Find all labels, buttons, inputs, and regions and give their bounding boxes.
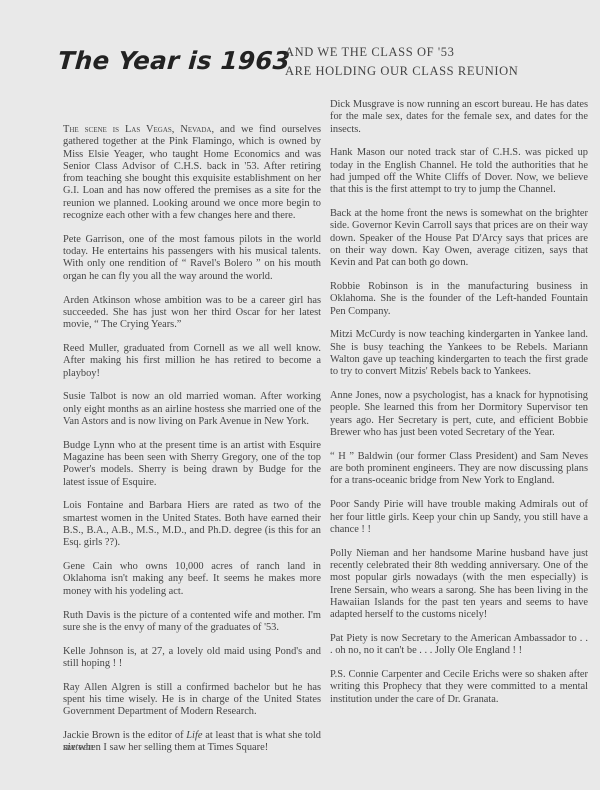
subtitle-line-2: ARE HOLDING OUR CLASS REUNION xyxy=(285,62,518,81)
paragraph: Hank Mason our noted track star of C.H.S… xyxy=(330,147,588,196)
paragraph: Back at the home front the news is somew… xyxy=(330,208,588,269)
paragraph-jackie-brown: Jackie Brown is the editor of Life at le… xyxy=(63,730,321,755)
paragraph: Budge Lynn who at the present time is an… xyxy=(63,440,321,489)
page-header: The Year is 1963 AND WE THE CLASS OF '53… xyxy=(58,46,598,86)
paragraph: Poor Sandy Pirie will have trouble makin… xyxy=(330,499,588,536)
page-title: The Year is 1963 xyxy=(57,46,291,75)
paragraph: Susie Talbot is now an old married woman… xyxy=(63,391,321,428)
page-number: sixteen xyxy=(63,741,94,753)
paragraph: Arden Atkinson whose ambition was to be … xyxy=(63,295,321,332)
paragraph: Gene Cain who owns 10,000 acres of ranch… xyxy=(63,561,321,598)
paragraph: Kelle Johnson is, at 27, a lovely old ma… xyxy=(63,646,321,671)
postscript: P.S. Connie Carpenter and Cecile Erichs … xyxy=(330,669,588,706)
paragraph: Pete Garrison, one of the most famous pi… xyxy=(63,234,321,283)
left-column: The scene is Las Vegas, Nevada, and we f… xyxy=(63,124,321,766)
intro-lead: The scene is Las Vegas, Nevada, xyxy=(63,124,214,135)
paragraph: Anne Jones, now a psychologist, has a kn… xyxy=(330,390,588,439)
paragraph: Ruth Davis is the picture of a contented… xyxy=(63,610,321,635)
paragraph: Mitzi McCurdy is now teaching kindergart… xyxy=(330,329,588,378)
paragraph: Polly Nieman and her handsome Marine hus… xyxy=(330,548,588,622)
paragraph: “ H ” Baldwin (our former Class Presiden… xyxy=(330,451,588,488)
paragraph: Pat Piety is now Secretary to the Americ… xyxy=(330,633,588,658)
paragraph: Lois Fontaine and Barbara Hiers are rate… xyxy=(63,500,321,549)
paragraph: Robbie Robinson is in the manufacturing … xyxy=(330,281,588,318)
page-subtitle: AND WE THE CLASS OF '53 ARE HOLDING OUR … xyxy=(285,43,518,81)
intro-paragraph: The scene is Las Vegas, Nevada, and we f… xyxy=(63,124,321,222)
paragraph: Ray Allen Algren is still a confirmed ba… xyxy=(63,682,321,719)
paragraph: Dick Musgrave is now running an escort b… xyxy=(330,99,588,136)
intro-text: and we find ourselves gathered together … xyxy=(63,124,321,221)
right-column: Dick Musgrave is now running an escort b… xyxy=(330,99,588,717)
subtitle-line-1: AND WE THE CLASS OF '53 xyxy=(285,43,518,62)
magazine-title: Life xyxy=(186,730,202,741)
paragraph: Reed Muller, graduated from Cornell as w… xyxy=(63,343,321,380)
